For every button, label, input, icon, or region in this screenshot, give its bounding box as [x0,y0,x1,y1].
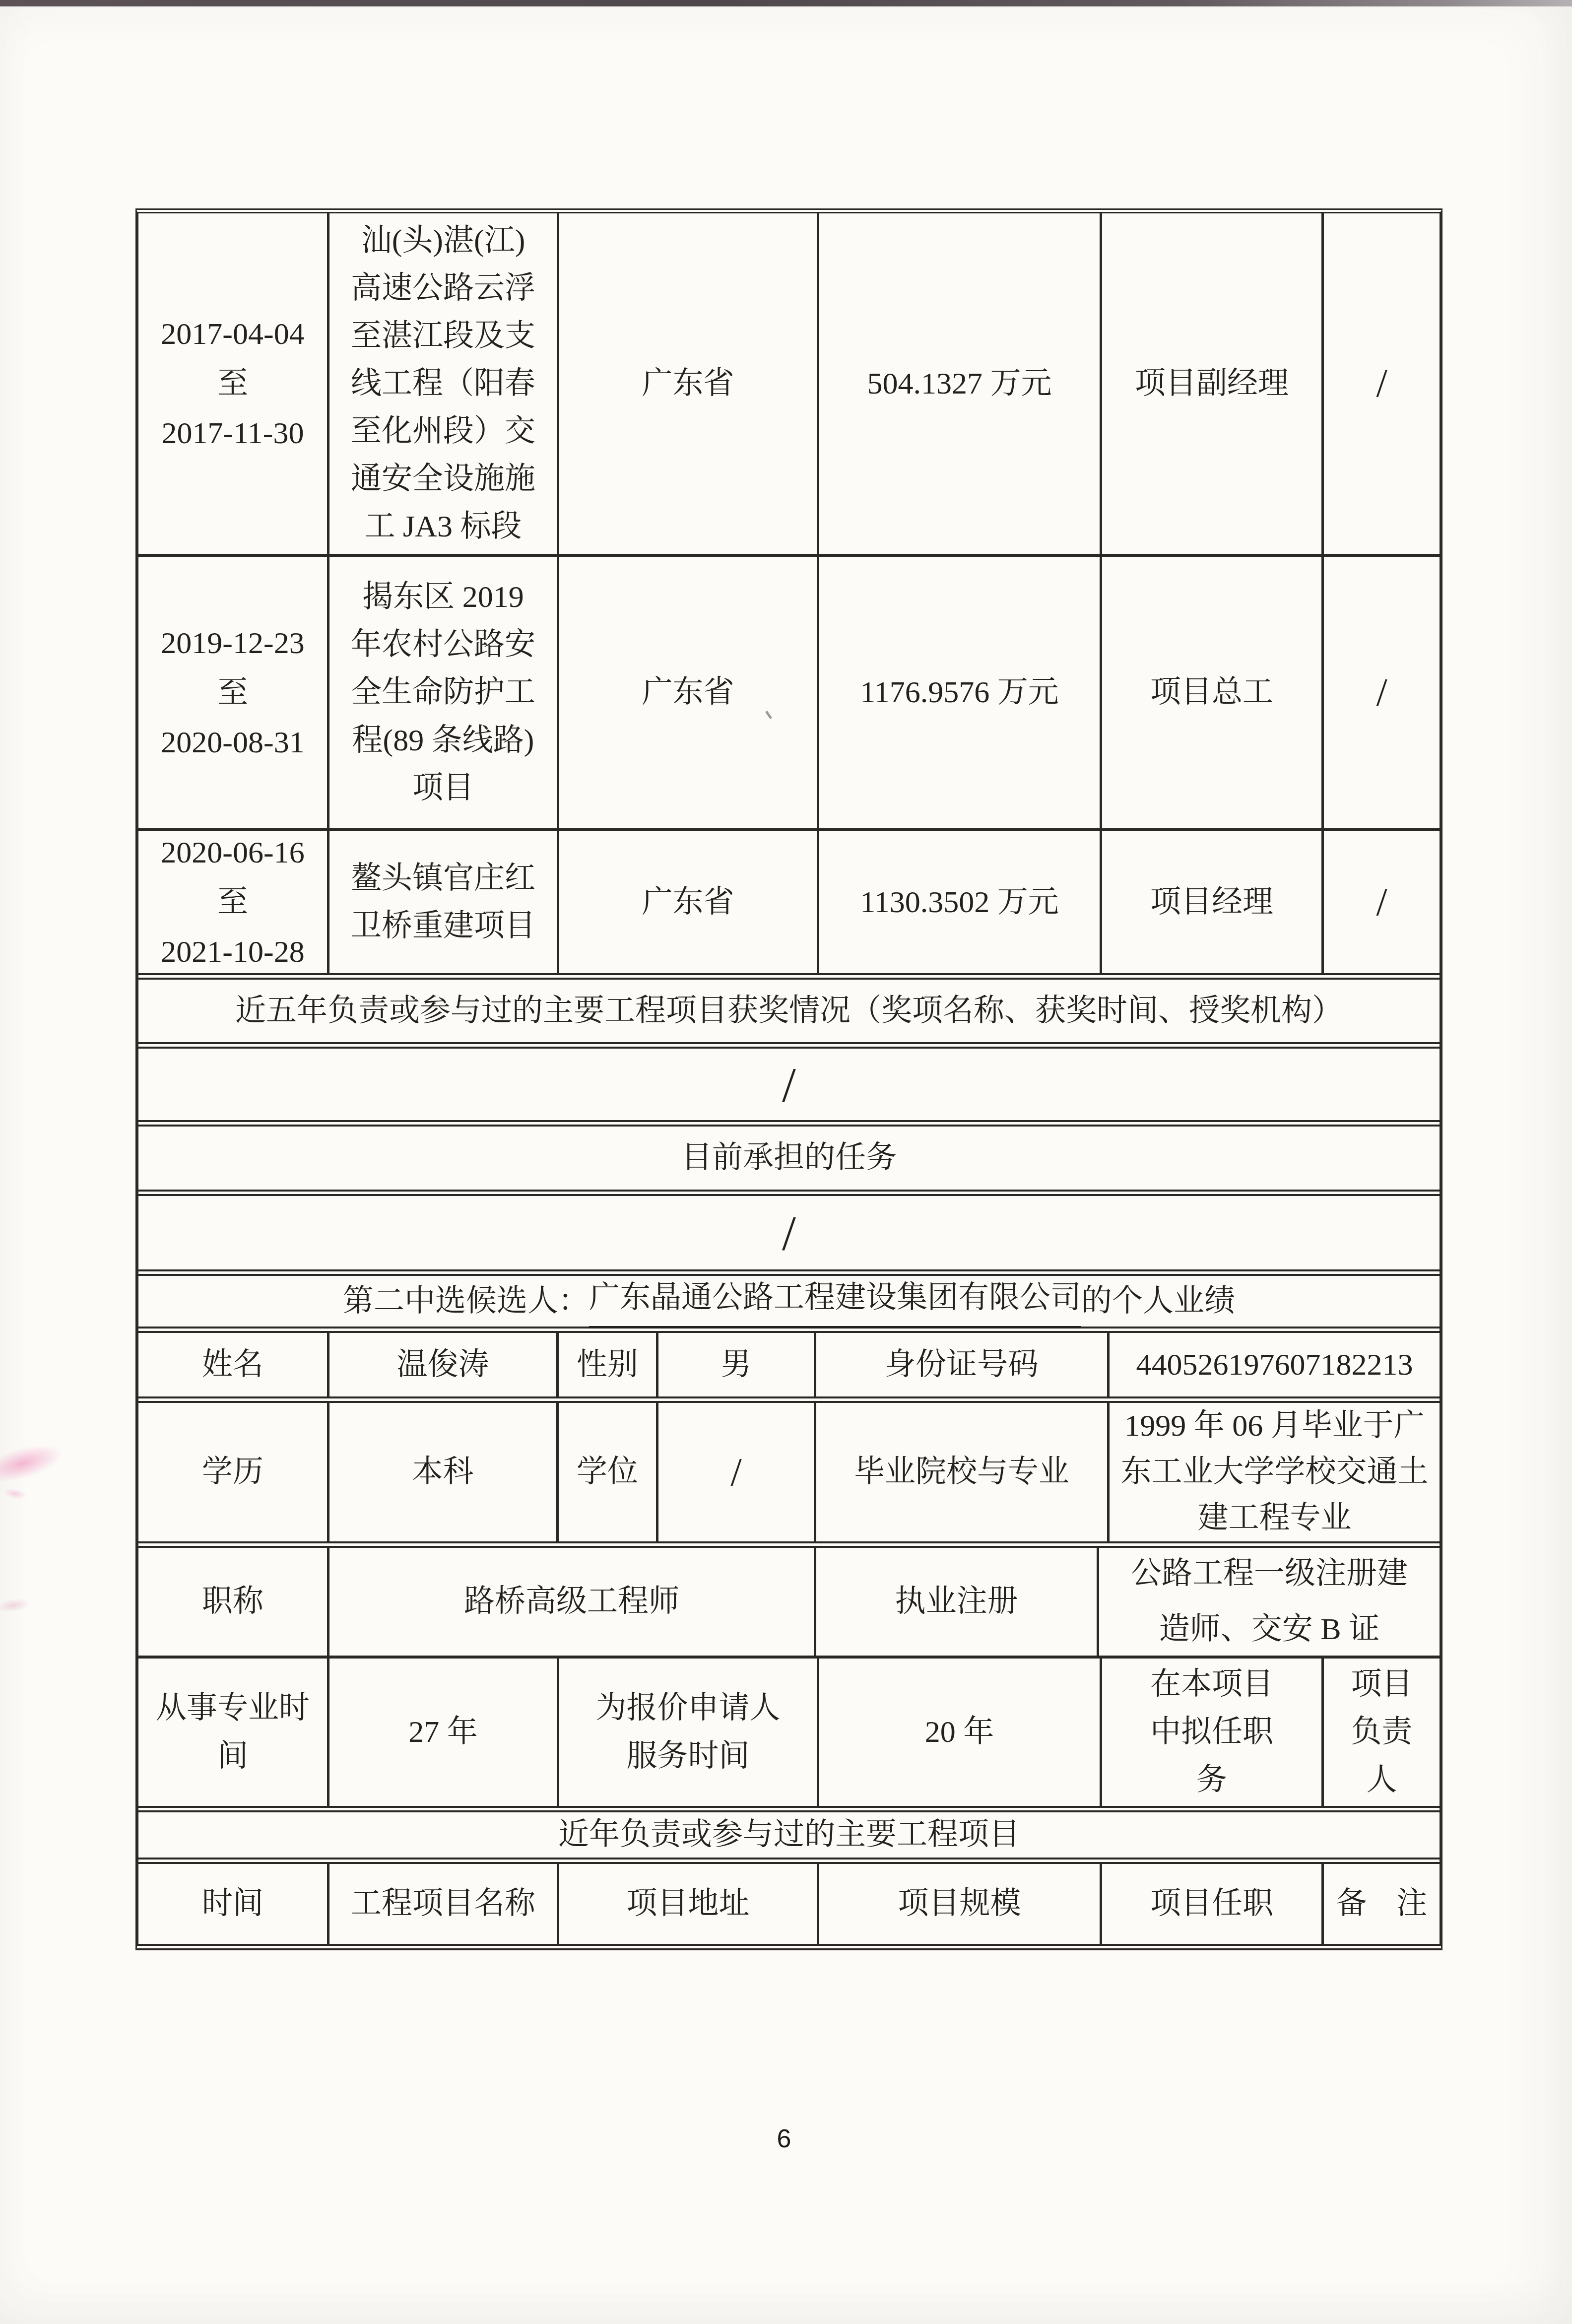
project-scale-cell: 1130.3502 万元 [819,831,1102,973]
degree-label: 学位 [559,1403,658,1541]
awards-header: 近五年负责或参与过的主要工程项目获奖情况（奖项名称、获奖时间、授奖机构） [138,980,1440,1042]
education-label: 学历 [138,1403,329,1541]
position-label: 在本项目中拟任职务 [1102,1659,1324,1806]
project-row: 2019-12-23 至 2020-08-31 揭东区 2019 年农村公路安全… [138,557,1440,831]
project-row: 2020-06-16 至 2021-10-28 鳌头镇官庄红卫桥重建项目 广东省… [138,831,1440,980]
column-header-time: 时间 [138,1864,329,1944]
awards-value: / [138,1049,1440,1120]
awards-value-row: / [138,1049,1440,1127]
project-remark-cell: / [1324,557,1440,828]
recent-projects-header-row: 近年负责或参与过的主要工程项目 [138,1812,1440,1864]
profile-experience-row: 从事专业时间 27 年 为报价申请人服务时间 20 年 在本项目中拟任职务 项目… [138,1659,1440,1812]
column-header-role: 项目任职 [1102,1864,1324,1944]
profile-name-row: 姓名 温俊涛 性别 男 身份证号码 440526197607182213 [138,1333,1440,1403]
project-scale-cell: 1176.9576 万元 [819,557,1102,828]
project-name-cell: 汕(头)湛(江)高速公路云浮至湛江段及支线工程（阳春至化州段）交通安全设施施工 … [329,213,559,554]
service-label: 为报价申请人服务时间 [559,1659,819,1806]
candidate-row: 第二中选候选人：广东晶通公路工程建设集团有限公司的个人业绩 [138,1276,1440,1333]
tasks-value-row: / [138,1196,1440,1276]
tasks-header-row: 目前承担的任务 [138,1127,1440,1196]
column-header-location: 项目地址 [559,1864,819,1944]
title-label: 职称 [138,1548,329,1656]
recent-projects-header: 近年负责或参与过的主要工程项目 [138,1812,1440,1858]
period-end: 2021-10-28 [161,927,304,977]
education-value: 本科 [329,1403,559,1541]
scan-artifact [0,1596,31,1614]
page-number: 6 [754,2124,814,2154]
project-remark-cell: / [1324,831,1440,973]
project-location-cell: 广东省 [559,831,819,973]
years-value: 27 年 [329,1659,559,1806]
project-location-cell: 广东省 [559,557,819,828]
project-location-cell: 广东省 [559,213,819,554]
degree-value: / [658,1403,816,1541]
registration-value: 公路工程一级注册建造师、交安 B 证 [1099,1548,1440,1656]
project-role-cell: 项目总工 [1102,557,1324,828]
period-end: 2020-08-31 [161,718,304,767]
period-to: 至 [217,877,248,927]
project-period-cell: 2019-12-23 至 2020-08-31 [138,557,329,828]
years-label: 从事专业时间 [138,1659,329,1806]
project-name-cell: 揭东区 2019 年农村公路安全生命防护工程(89 条线路)项目 [329,557,559,828]
document-page: 2017-04-04 至 2017-11-30 汕(头)湛(江)高速公路云浮至湛… [0,0,1572,2324]
school-label: 毕业院校与专业 [816,1403,1110,1541]
gender-label: 性别 [559,1333,658,1396]
project-period-cell: 2020-06-16 至 2021-10-28 [138,831,329,973]
candidate-prefix: 第二中选候选人： [343,1277,589,1325]
period-to: 至 [217,668,248,718]
candidate-company: 广东晶通公路工程建设集团有限公司 [589,1274,1081,1328]
candidate-line: 第二中选候选人：广东晶通公路工程建设集团有限公司的个人业绩 [138,1276,1440,1327]
project-row: 2017-04-04 至 2017-11-30 汕(头)湛(江)高速公路云浮至湛… [138,213,1440,557]
name-value: 温俊涛 [329,1333,559,1396]
column-header-scale: 项目规模 [819,1864,1102,1944]
column-header-project-name: 工程项目名称 [329,1864,559,1944]
project-period-cell: 2017-04-04 至 2017-11-30 [138,213,329,554]
project-scale-cell: 504.1327 万元 [819,213,1102,554]
project-role-cell: 项目经理 [1102,831,1324,973]
gender-value: 男 [658,1333,816,1396]
id-label: 身份证号码 [816,1333,1110,1396]
registration-label: 执业注册 [816,1548,1099,1656]
tasks-value: / [138,1196,1440,1269]
period-to: 至 [217,359,248,408]
tasks-header: 目前承担的任务 [138,1127,1440,1190]
project-remark-cell: / [1324,213,1440,554]
school-value: 1999 年 06 月毕业于广东工业大学学校交通土建工程专业 [1110,1403,1440,1541]
service-value: 20 年 [819,1659,1102,1806]
column-header-remark: 备 注 [1324,1864,1440,1944]
project-role-cell: 项目副经理 [1102,213,1324,554]
period-start: 2020-06-16 [161,828,304,877]
title-value: 路桥高级工程师 [329,1548,816,1656]
awards-header-row: 近五年负责或参与过的主要工程项目获奖情况（奖项名称、获奖时间、授奖机构） [138,980,1440,1049]
candidate-suffix: 的个人业绩 [1081,1277,1235,1325]
column-header-row: 时间 工程项目名称 项目地址 项目规模 项目任职 备 注 [138,1864,1440,1944]
scanner-edge-band [0,0,1572,6]
period-start: 2017-04-04 [161,309,304,359]
profile-title-row: 职称 路桥高级工程师 执业注册 公路工程一级注册建造师、交安 B 证 [138,1548,1440,1659]
position-value: 项目负责人 [1324,1659,1440,1806]
period-start: 2019-12-23 [161,618,304,668]
scan-artifact [0,1437,67,1490]
project-name-cell: 鳌头镇官庄红卫桥重建项目 [329,831,559,973]
name-label: 姓名 [138,1333,329,1396]
id-value: 440526197607182213 [1110,1333,1440,1396]
scan-artifact [2,1487,28,1501]
period-end: 2017-11-30 [162,408,304,458]
profile-education-row: 学历 本科 学位 / 毕业院校与专业 1999 年 06 月毕业于广东工业大学学… [138,1403,1440,1548]
personal-performance-table: 2017-04-04 至 2017-11-30 汕(头)湛(江)高速公路云浮至湛… [135,208,1442,1950]
